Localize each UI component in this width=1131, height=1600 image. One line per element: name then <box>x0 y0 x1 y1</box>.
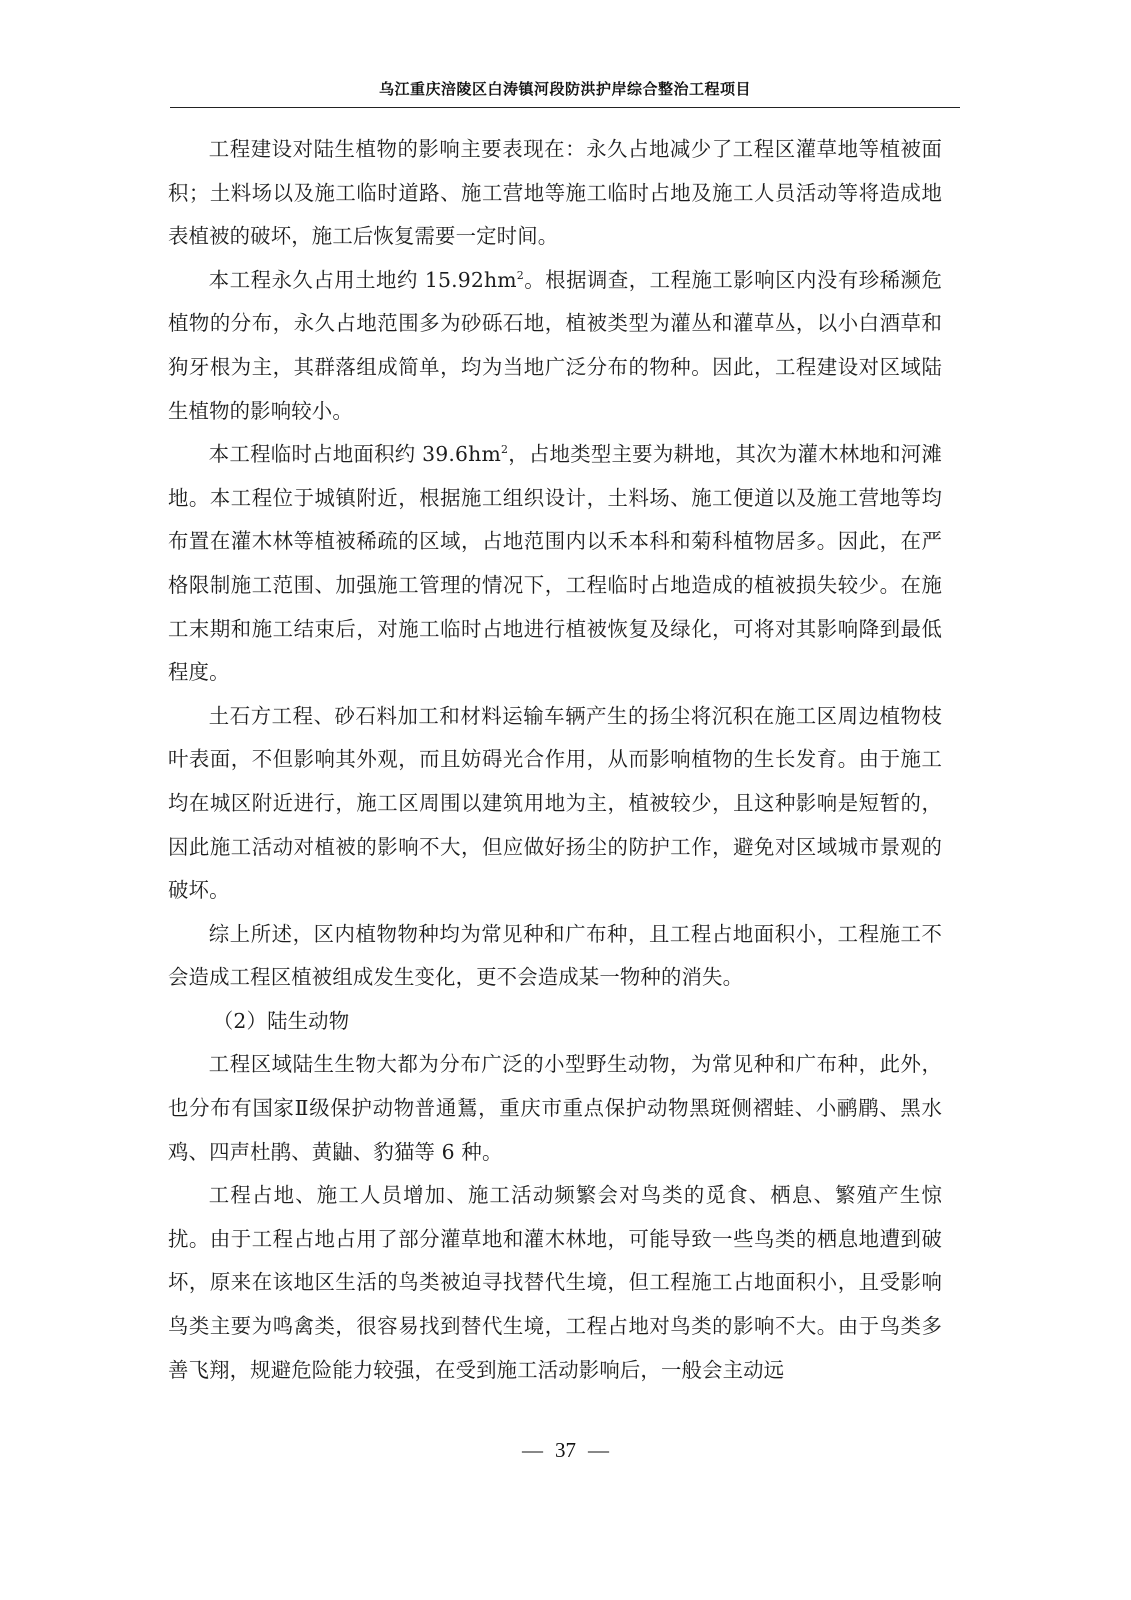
text-segment: 本工程临时占地面积约 39.6hm <box>209 442 501 466</box>
paragraph-wildlife-species: 工程区域陆生生物大都为分布广泛的小型野生动物，为常见种和广布种，此外，也分布有国… <box>168 1043 942 1174</box>
text-segment: ，占地类型主要为耕地，其次为灌木林地和河滩地。本工程位于城镇附近，根据施工组织设… <box>168 442 942 684</box>
paragraph-dust-impact: 土石方工程、砂石料加工和材料运输车辆产生的扬尘将沉积在施工区周边植物枝叶表面，不… <box>168 695 942 913</box>
header-divider <box>170 107 960 108</box>
paragraph-bird-impact: 工程占地、施工人员增加、施工活动频繁会对鸟类的觅食、栖息、繁殖产生惊扰。由于工程… <box>168 1174 942 1392</box>
superscript-unit: 2 <box>517 269 524 282</box>
footer-dash-left: — <box>522 1438 543 1463</box>
paragraph-permanent-land-use: 本工程永久占用土地约 15.92hm2。根据调查，工程施工影响区内没有珍稀濒危植… <box>168 259 942 433</box>
running-header-title: 乌江重庆涪陵区白涛镇河段防洪护岸综合整治工程项目 <box>170 78 960 99</box>
paragraph-vegetation-impact-overview: 工程建设对陆生植物的影响主要表现在：永久占地减少了工程区灌草地等植被面积；土料场… <box>168 128 942 259</box>
text-segment: 本工程永久占用土地约 15.92hm <box>209 268 517 292</box>
page-footer: —37— <box>0 1438 1131 1463</box>
page-number: 37 <box>555 1438 576 1462</box>
footer-dash-right: — <box>588 1438 609 1463</box>
section-heading-terrestrial-animals: （2）陆生动物 <box>168 1000 942 1044</box>
paragraph-temporary-land-use: 本工程临时占地面积约 39.6hm2，占地类型主要为耕地，其次为灌木林地和河滩地… <box>168 433 942 695</box>
document-page: 乌江重庆涪陵区白涛镇河段防洪护岸综合整治工程项目 工程建设对陆生植物的影响主要表… <box>0 0 1131 1600</box>
paragraph-summary: 综上所述，区内植物物种均为常见种和广布种，且工程占地面积小，工程施工不会造成工程… <box>168 913 942 1000</box>
document-body: 工程建设对陆生植物的影响主要表现在：永久占地减少了工程区灌草地等植被面积；土料场… <box>168 128 942 1392</box>
